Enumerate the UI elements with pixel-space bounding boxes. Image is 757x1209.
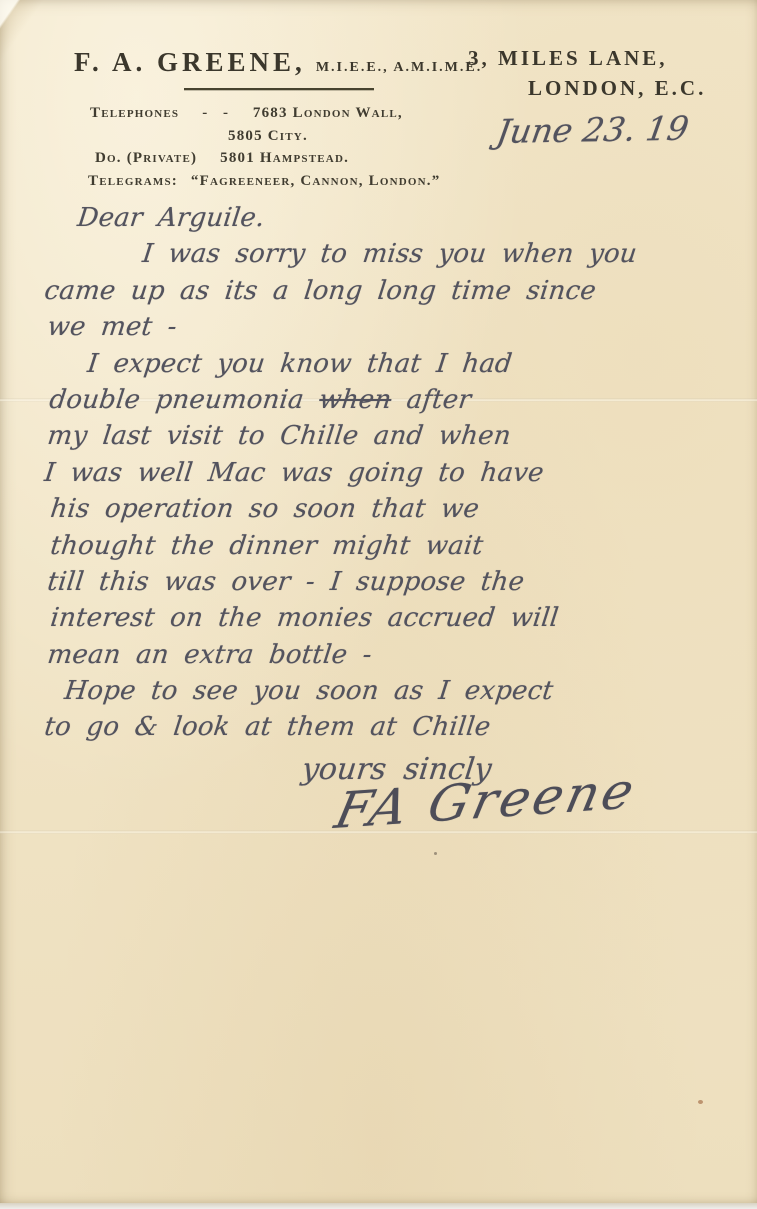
- corner-crease: [0, 0, 70, 110]
- body-line: mean an extra bottle -: [45, 640, 746, 676]
- telephones-separator: - -: [202, 105, 234, 121]
- body-line: interest on the monies accrued will: [48, 603, 746, 639]
- telephone-number-london-wall: 7683 London Wall,: [253, 105, 403, 121]
- sender-name: F. A. GREENE,: [74, 47, 306, 77]
- telephone-number-city: 5805 City.: [228, 128, 308, 145]
- address-line-1: 3, MILES LANE,: [468, 46, 668, 71]
- telegrams-address: “Fagreeneer, Cannon, London.”: [191, 173, 441, 189]
- paper-speck: [698, 1100, 703, 1104]
- body-line: thought the dinner might wait: [48, 531, 746, 567]
- body-line: my last visit to Chille and when: [45, 421, 746, 457]
- address-line-2: LONDON, E.C.: [528, 76, 706, 101]
- body-line-with-strikethrough: double pneumonia when after: [47, 385, 746, 421]
- private-label: Do. (Private): [95, 150, 197, 166]
- body-line: his operation so soon that we: [48, 494, 746, 530]
- body-line: to go & look at them at Chille: [42, 712, 746, 748]
- telegrams-line: Telegrams: “Fagreeneer, Cannon, London.”: [88, 173, 440, 190]
- paper-speck: [434, 852, 437, 855]
- paper-bottom-edge: [0, 1203, 757, 1209]
- letterhead-rule: [184, 88, 374, 90]
- body-line: till this was over - I suppose the: [45, 567, 746, 603]
- body-line: came up as its a long long time since: [42, 276, 746, 312]
- body-line: I was sorry to miss you when you: [140, 239, 746, 275]
- letter-body: Dear Arguile. I was sorry to miss you wh…: [42, 203, 742, 749]
- body-text-before-strike: double pneumonia: [48, 385, 321, 415]
- body-line: Hope to see you soon as I expect: [62, 676, 746, 712]
- letterhead-name-line: F. A. GREENE, M.I.E.E., A.M.I.M.E.: [74, 47, 482, 78]
- telephones-line-1: Telephones - - 7683 London Wall,: [90, 105, 403, 122]
- telephone-number-hampstead: 5801 Hampstead.: [220, 150, 349, 166]
- telephones-line-3: Do. (Private) 5801 Hampstead.: [95, 150, 349, 167]
- body-line: I expect you know that I had: [85, 349, 746, 385]
- struck-word: when: [318, 385, 394, 415]
- telegrams-label: Telegrams:: [88, 173, 178, 189]
- salutation: Dear Arguile.: [75, 203, 746, 239]
- sender-credentials: M.I.E.E., A.M.I.M.E.: [316, 60, 482, 75]
- body-line: I was well Mac was going to have: [42, 458, 746, 494]
- handwritten-date: June 23. 19: [494, 109, 691, 151]
- body-text-after-strike: after: [389, 385, 473, 415]
- telephones-label: Telephones: [90, 105, 179, 121]
- body-line: we met -: [45, 312, 746, 348]
- letter-paper: F. A. GREENE, M.I.E.E., A.M.I.M.E. Telep…: [0, 0, 757, 1203]
